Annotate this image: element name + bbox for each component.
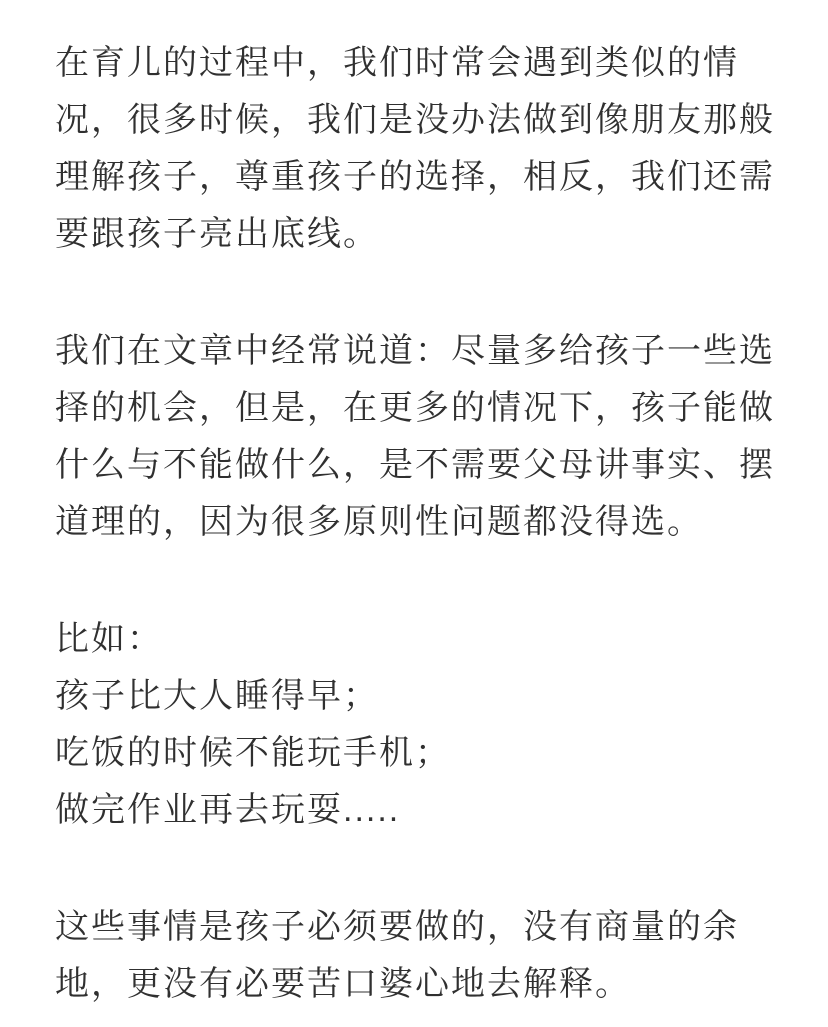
text-line: 做完作业再去玩耍..... xyxy=(55,782,773,839)
text-line: 这些事情是孩子必须要做的，没有商量的余 xyxy=(55,899,773,956)
paragraph-1: 在育儿的过程中，我们时常会遇到类似的情 况，很多时候，我们是没办法做到像朋友那般… xyxy=(55,35,773,263)
text-line: 什么与不能做什么，是不需要父母讲事实、摆 xyxy=(55,437,773,494)
text-line: 要跟孩子亮出底线。 xyxy=(55,206,773,263)
text-line: 况，很多时候，我们是没办法做到像朋友那般 xyxy=(55,92,773,149)
article-body: 在育儿的过程中，我们时常会遇到类似的情 况，很多时候，我们是没办法做到像朋友那般… xyxy=(0,0,828,1013)
text-line: 地，更没有必要苦口婆心地去解释。 xyxy=(55,956,773,1013)
text-line: 吃饭的时候不能玩手机； xyxy=(55,725,773,782)
paragraph-3-examples: 比如： 孩子比大人睡得早； 吃饭的时候不能玩手机； 做完作业再去玩耍..... xyxy=(55,611,773,839)
text-line: 理解孩子，尊重孩子的选择，相反，我们还需 xyxy=(55,149,773,206)
text-line: 道理的，因为很多原则性问题都没得选。 xyxy=(55,494,773,551)
text-line: 在育儿的过程中，我们时常会遇到类似的情 xyxy=(55,35,773,92)
text-line: 孩子比大人睡得早； xyxy=(55,668,773,725)
paragraph-2: 我们在文章中经常说道：尽量多给孩子一些选 择的机会，但是，在更多的情况下，孩子能… xyxy=(55,323,773,551)
article-page: { "page": { "background": "#ffffff", "te… xyxy=(0,0,828,1027)
text-line: 比如： xyxy=(55,611,773,668)
text-line: 择的机会，但是，在更多的情况下，孩子能做 xyxy=(55,380,773,437)
text-line: 我们在文章中经常说道：尽量多给孩子一些选 xyxy=(55,323,773,380)
paragraph-4: 这些事情是孩子必须要做的，没有商量的余 地，更没有必要苦口婆心地去解释。 xyxy=(55,899,773,1013)
